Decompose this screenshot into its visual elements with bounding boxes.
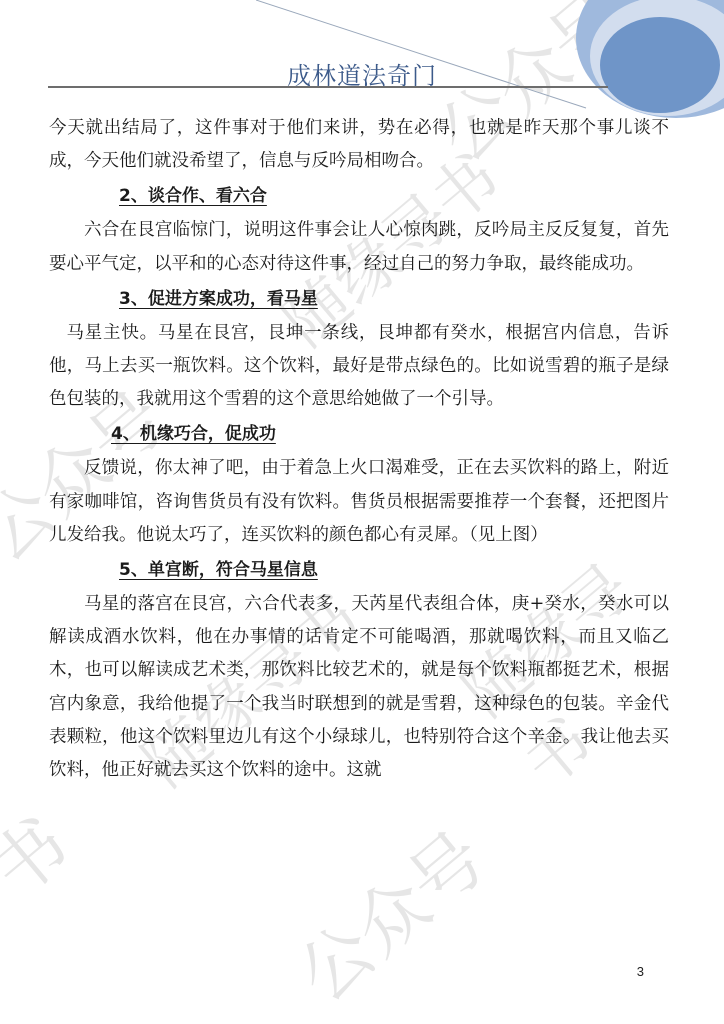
- section-heading: 3、促进方案成功，看马星: [49, 281, 669, 317]
- document-body: 今天就出结局了，这件事对于他们来讲，势在必得，也就是昨天那个事儿谈不成，今天他们…: [49, 112, 669, 787]
- watermark: 公众号: [272, 803, 504, 1022]
- section-heading: 4、机缘巧合，促成功: [49, 416, 669, 452]
- paragraph: 六合在艮宫临惊门，说明这件事会让人心惊肉跳，反吟局主反反复复，首先要心平气定，以…: [49, 214, 669, 280]
- paragraph: 马星主快。马星在艮宫，艮坤一条线，艮坤都有癸水，根据宫内信息，告诉他，马上去买一…: [49, 317, 669, 417]
- header-rule: [48, 86, 608, 88]
- section-heading: 5、单宫断，符合马星信息: [49, 552, 669, 588]
- paragraph: 反馈说，你太神了吧，由于着急上火口渴难受，正在去买饮料的路上，附近有家咖啡馆，咨…: [49, 452, 669, 552]
- paragraph: 今天就出结局了，这件事对于他们来讲，势在必得，也就是昨天那个事儿谈不成，今天他们…: [49, 112, 669, 178]
- section-heading: 2、谈合作、看六合: [49, 178, 669, 214]
- watermark: 书: [0, 789, 87, 915]
- page-number: 3: [637, 964, 644, 979]
- paragraph: 马星的落宫在艮宫，六合代表多，天芮星代表组合体，庚+癸水，癸水可以解读成酒水饮料…: [49, 588, 669, 787]
- document-page: 公众号 随缘寻书 公众号 随缘寻书 随缘寻书 公众号 书 成林道法奇门 今天就出…: [0, 0, 724, 1024]
